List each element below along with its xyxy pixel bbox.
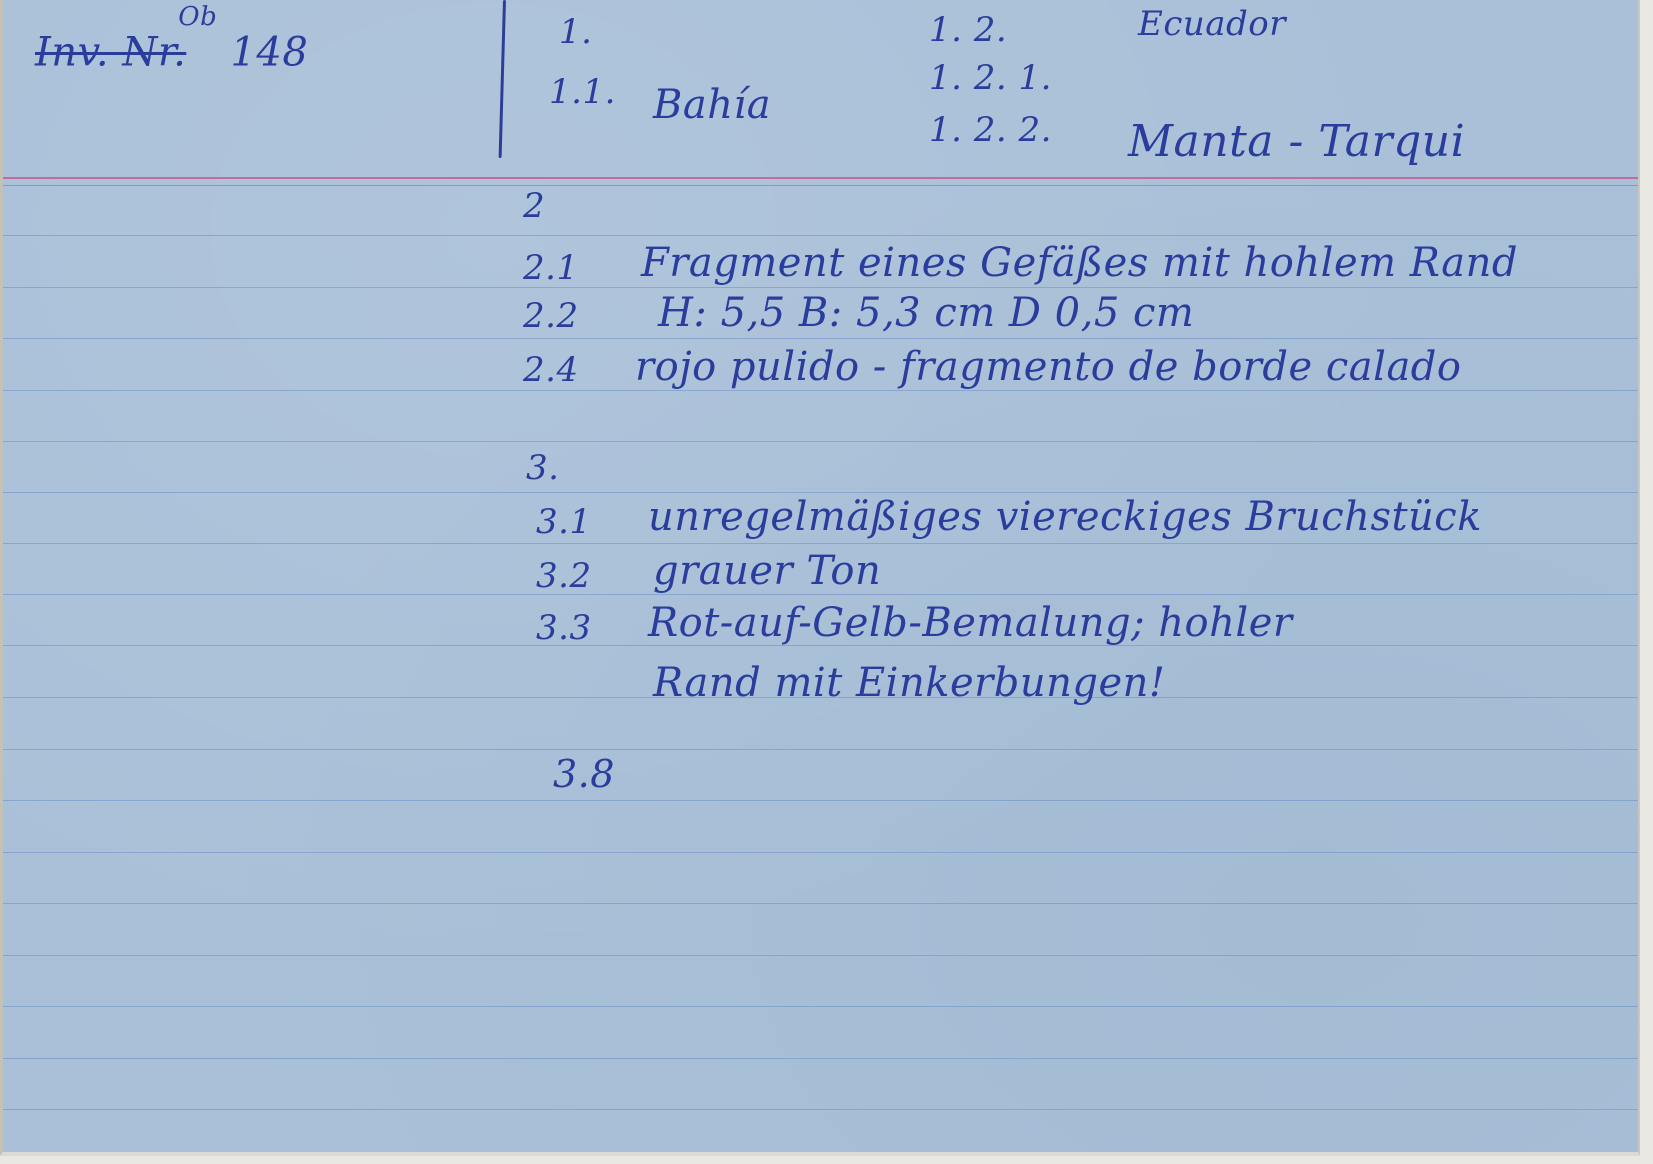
entry-text-description: Fragment eines Gefäßes mit hohlem Rand: [641, 240, 1518, 286]
entry-text-dimensions: H: 5,5 B: 5,3 cm D 0,5 cm: [658, 290, 1194, 336]
catalog-card: Inv. Nr.Ob 148 1. 1.1. Bahía 1. 2. Ecuad…: [0, 0, 1640, 1156]
margin-rule-red-thin: [3, 185, 1638, 186]
header-1-2-2-num: 1. 2. 2.: [929, 110, 1052, 150]
inventory-value: 148: [230, 29, 308, 75]
margin-rule-red: [3, 177, 1638, 179]
header-country: Ecuador: [1138, 4, 1286, 44]
header-site: Manta - Tarqui: [1128, 116, 1465, 167]
ruled-line: [3, 492, 1638, 493]
entry-text-finish: rojo pulido - fragmento de borde calado: [635, 344, 1461, 390]
ruled-line: [3, 1109, 1638, 1110]
header-divider-line: [499, 0, 506, 158]
section-3-heading: 3.: [526, 448, 559, 488]
header-region: Bahía: [653, 82, 771, 128]
entry-num: 3.1: [536, 502, 592, 542]
ruled-line: [3, 390, 1638, 391]
header-1-2-1-num: 1. 2. 1.: [929, 58, 1052, 98]
ruled-line: [3, 749, 1638, 750]
entry-num: 2.4: [523, 350, 579, 390]
entry-num: 2.2: [523, 296, 579, 336]
entry-num: 3.8: [553, 752, 615, 796]
entry-num: 2.1: [523, 248, 579, 288]
ruled-line: [3, 1006, 1638, 1007]
entry-text-shape: unregelmäßiges viereckiges Bruchstück: [648, 494, 1482, 540]
ruled-line: [3, 800, 1638, 801]
ruled-line: [3, 903, 1638, 904]
ruled-line: [3, 235, 1638, 236]
ruled-line: [3, 338, 1638, 339]
ruled-line: [3, 1058, 1638, 1059]
header-1-1-num: 1.1.: [549, 72, 616, 112]
ruled-line: [3, 955, 1638, 956]
section-2-heading: 2: [523, 186, 545, 226]
entry-text-decoration-cont: Rand mit Einkerbungen!: [653, 660, 1166, 706]
inventory-label-struck: Inv. Nr.: [35, 29, 186, 75]
inventory-number: Inv. Nr.Ob 148: [35, 28, 308, 75]
ruled-line: [3, 543, 1638, 544]
header-1-2-num: 1. 2.: [929, 10, 1007, 50]
entry-text-decoration: Rot-auf-Gelb-Bemalung; hohler: [648, 600, 1292, 646]
ruled-line: [3, 852, 1638, 853]
header-1-num: 1.: [559, 12, 592, 52]
ruled-line: [3, 594, 1638, 595]
entry-num: 3.3: [536, 608, 592, 648]
ruled-line: [3, 441, 1638, 442]
inventory-superscript: Ob: [178, 2, 217, 32]
entry-num: 3.2: [536, 556, 592, 596]
entry-text-material: grauer Ton: [653, 548, 881, 594]
ruled-line: [3, 287, 1638, 288]
